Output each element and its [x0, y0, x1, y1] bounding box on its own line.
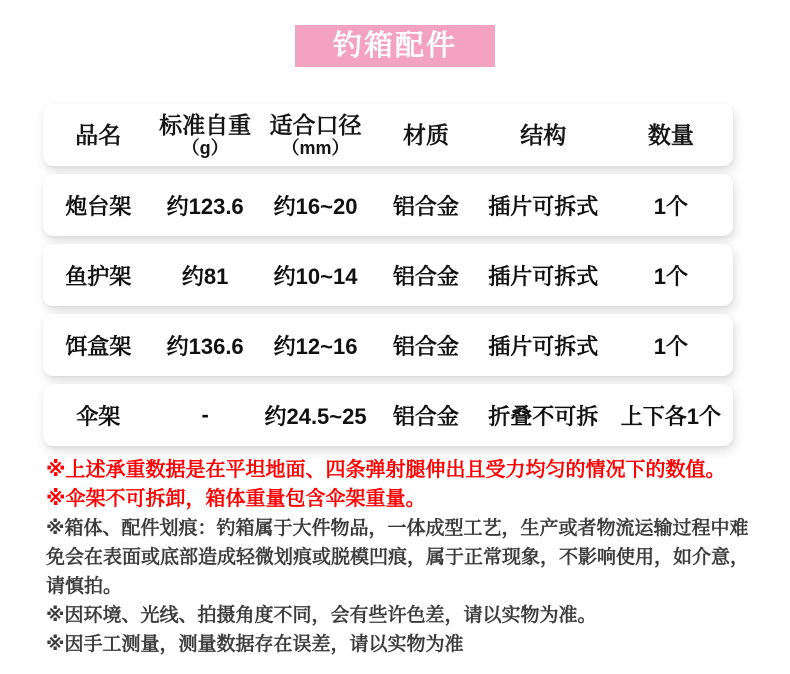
table-row-yuhujia: 鱼护架 约81 约10~14 铝合金 插片可拆式 1个: [43, 244, 733, 306]
warning-load-data: ※上述承重数据是在平坦地面、四条弹射腿伸出且受力均匀的情况下的数值。: [46, 456, 750, 485]
cell-structure: 插片可拆式: [478, 330, 609, 361]
cell-product-name: 饵盒架: [43, 330, 153, 361]
cell-product-name: 炮台架: [43, 190, 153, 221]
cell-caliber: 约16~20: [257, 190, 374, 221]
column-header-name: 品名: [43, 123, 153, 148]
table-header-row: 品名 标准自重 （g） 适合口径 （mm） 材质 结构 数量: [43, 104, 733, 166]
cell-structure: 折叠不可拆: [478, 400, 609, 431]
table-row-erhejia: 饵盒架 约136.6 约12~16 铝合金 插片可拆式 1个: [43, 314, 733, 376]
cell-structure: 插片可拆式: [478, 190, 609, 221]
cell-quantity: 1个: [609, 190, 733, 221]
cell-quantity: 1个: [609, 330, 733, 361]
page-title: 钓箱配件: [295, 25, 495, 67]
cell-material: 铝合金: [374, 190, 478, 221]
cell-quantity: 上下各1个: [609, 400, 733, 431]
cell-quantity: 1个: [609, 260, 733, 291]
cell-caliber: 约10~14: [257, 260, 374, 291]
column-header-structure: 结构: [478, 123, 609, 148]
disclaimer-scratches: ※箱体、配件划痕：钓箱属于大件物品，一体成型工艺，生产或者物流运输过程中难免会在…: [46, 514, 750, 601]
table-row-paotaijia: 炮台架 约123.6 约16~20 铝合金 插片可拆式 1个: [43, 174, 733, 236]
table-row-sanjia: 伞架 - 约24.5~25 铝合金 折叠不可拆 上下各1个: [43, 384, 733, 446]
cell-structure: 插片可拆式: [478, 260, 609, 291]
cell-material: 铝合金: [374, 260, 478, 291]
cell-material: 铝合金: [374, 400, 478, 431]
cell-material: 铝合金: [374, 330, 478, 361]
warning-umbrella-holder: ※伞架不可拆卸，箱体重量包含伞架重量。: [46, 485, 750, 514]
column-header-weight: 标准自重 （g）: [153, 113, 257, 158]
cell-product-name: 伞架: [43, 400, 153, 431]
disclaimer-color-difference: ※因环境、光线、拍摄角度不同，会有些许色差，请以实物为准。: [46, 601, 750, 630]
cell-caliber: 约12~16: [257, 330, 374, 361]
cell-weight: 约123.6: [153, 190, 257, 221]
disclaimer-measurement: ※因手工测量，测量数据存在误差，请以实物为准: [46, 630, 750, 659]
cell-caliber: 约24.5~25: [257, 400, 374, 431]
column-header-quantity: 数量: [609, 123, 733, 148]
spec-table: 品名 标准自重 （g） 适合口径 （mm） 材质 结构 数量 炮台架 约123.…: [43, 104, 733, 446]
cell-weight: 约81: [153, 260, 257, 291]
cell-weight: 约136.6: [153, 330, 257, 361]
cell-product-name: 鱼护架: [43, 260, 153, 291]
column-header-caliber: 适合口径 （mm）: [257, 113, 374, 158]
cell-weight: -: [153, 402, 257, 428]
column-header-material: 材质: [374, 123, 478, 148]
notes-section: ※上述承重数据是在平坦地面、四条弹射腿伸出且受力均匀的情况下的数值。 ※伞架不可…: [46, 456, 750, 659]
